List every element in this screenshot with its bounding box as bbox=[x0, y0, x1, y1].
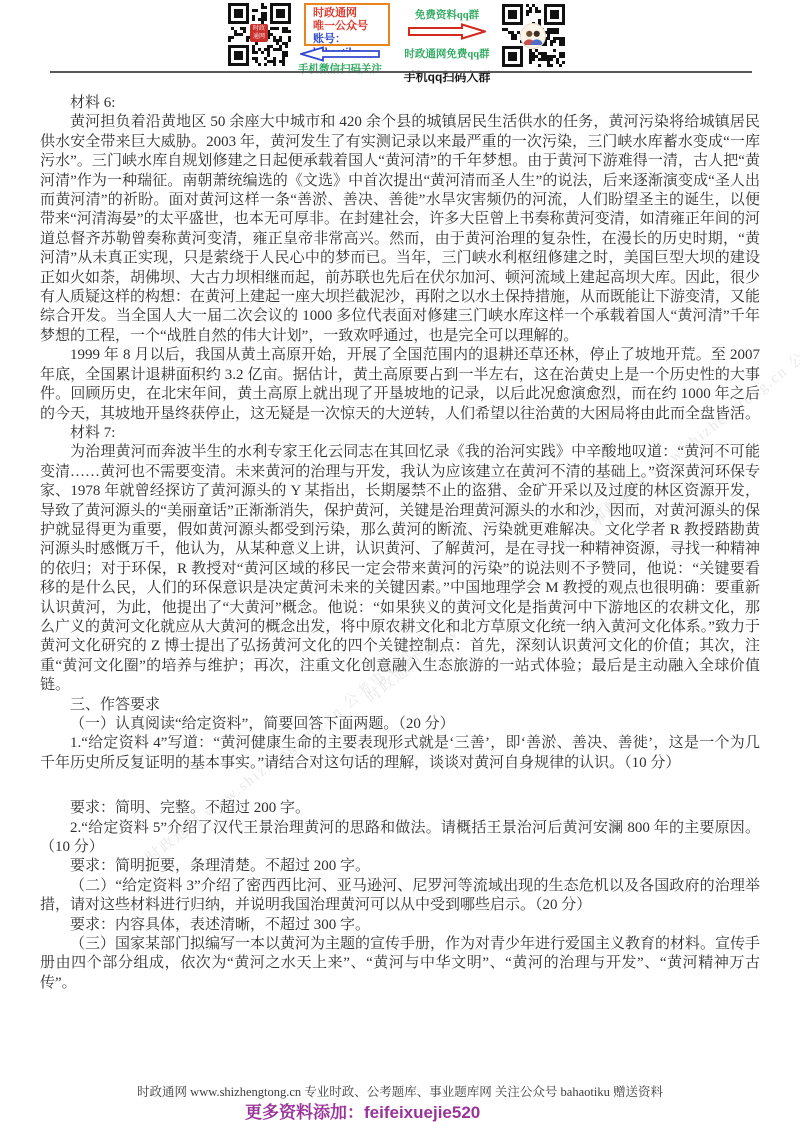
qq-group-name-label: 时政通网免费qq群 bbox=[401, 46, 493, 61]
question-2-requirements: 要求：简明扼要，条理清楚。不超过 200 字。 bbox=[40, 857, 760, 876]
qq-group-column: 免费资料qq群 时政通网免费qq群 手机qq扫码入群 bbox=[401, 7, 493, 85]
task-2: （二）“给定资料 3”介绍了密西西比河、亚马逊河、尼罗河等流域出现的生态危机以及… bbox=[40, 877, 760, 916]
question-1-requirements: 要求：简明、完整。不超过 200 字。 bbox=[40, 799, 760, 818]
wechat-scan-caption: 手机微信扫码关注 bbox=[298, 61, 382, 76]
paragraph-material6: 黄河担负着沿黄地区 50 余座大中城市和 420 余个县的城镇居民生活供水的任务… bbox=[40, 113, 760, 346]
material-6-heading: 材料 6: bbox=[40, 94, 760, 113]
badge-text: 时政 bbox=[250, 25, 268, 33]
document-body: 材料 6: 黄河担负着沿黄地区 50 余座大中城市和 420 余个县的城镇居民生… bbox=[40, 94, 760, 993]
material-7-heading: 材料 7: bbox=[40, 424, 760, 443]
footer-promo-line: 更多资料添加：feifeixuejie520 bbox=[245, 1098, 480, 1123]
right-arrow-icon bbox=[408, 23, 486, 40]
task-1-intro: （一）认真阅读“给定资料”，简要回答下面两题。（20 分） bbox=[40, 715, 760, 734]
site-name-label: 时政通网 bbox=[313, 7, 388, 20]
official-account-label: 唯一公众号 bbox=[313, 20, 388, 33]
qq-avatar-icon bbox=[521, 24, 545, 48]
question-2: 2.“给定资料 5”介绍了汉代王景治理黄河的思路和做法。请概括王景治河后黄河安澜… bbox=[40, 819, 760, 858]
left-arrow-icon bbox=[300, 46, 380, 62]
promo-label: 更多资料添加： bbox=[245, 1103, 364, 1122]
account-info-box: 时政通网 唯一公众号 账号：bahaotiku bbox=[304, 3, 390, 46]
promo-contact-id: feifeixuejie520 bbox=[364, 1103, 480, 1122]
question-1: 1.“给定资料 4”写道：“黄河健康生命的主要表现形式就是‘三善’，即‘善淤、善… bbox=[40, 734, 760, 773]
shizhengtong-logo-badge: 时政 通网 bbox=[250, 24, 268, 42]
task-3: （三）国家某部门拟编写一本以黄河为主题的宣传手册，作为对青少年进行爱国主义教育的… bbox=[40, 935, 760, 993]
paragraph-material7: 为治理黄河而奔波半生的水利专家王化云同志在其回忆录《我的治河实践》中辛酸地叹道：… bbox=[40, 443, 760, 695]
free-material-qq-label: 免费资料qq群 bbox=[401, 7, 493, 22]
header-divider bbox=[50, 71, 752, 73]
badge-text: 通网 bbox=[250, 33, 268, 41]
section-3-heading: 三、作答要求 bbox=[40, 696, 760, 715]
task-2-requirements: 要求：内容具体，表述清晰，不超过 300 字。 bbox=[40, 916, 760, 935]
paragraph-1999: 1999 年 8 月以后，我国从黄土高原开始，开展了全国范围内的退耕还草还林，停… bbox=[40, 346, 760, 424]
